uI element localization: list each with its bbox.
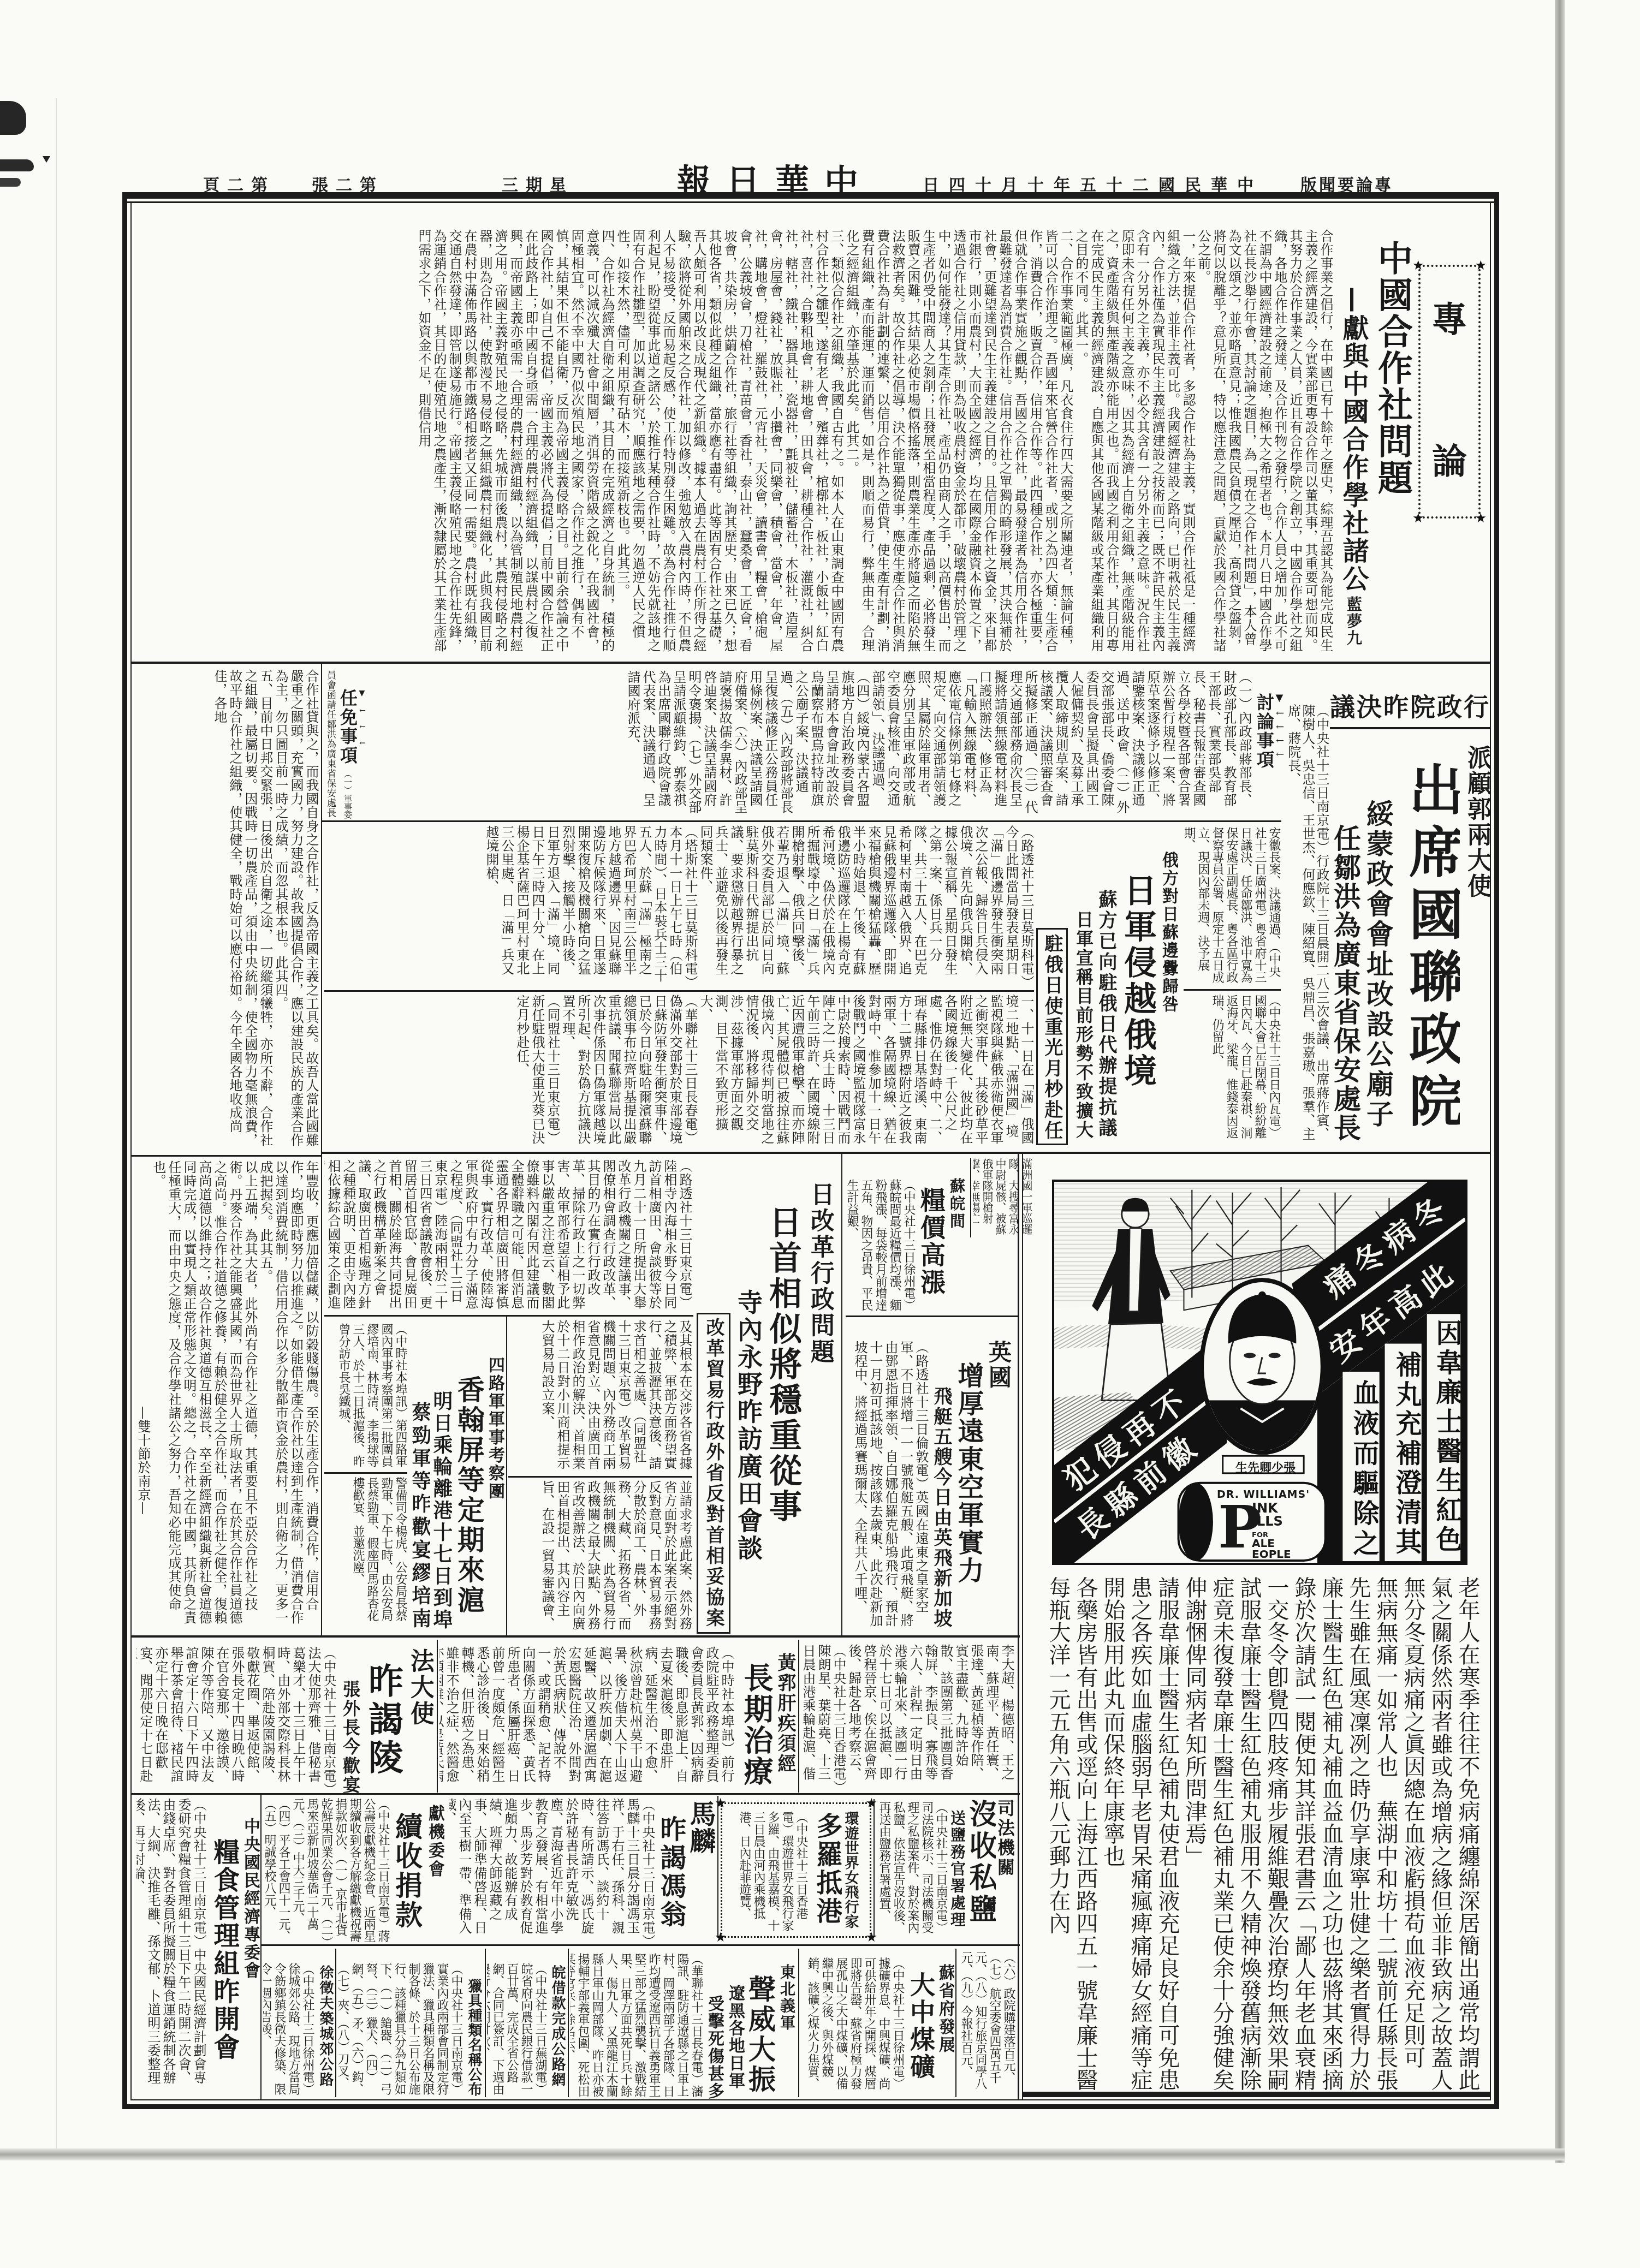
japan-reform-boxed-deck: 改革貿易行政外省反對首相妥協案 bbox=[697, 1313, 730, 1634]
ad-copy-column: 錄於次請試一閱便知其詳張君書云「鄙人年老血衰精神萎頓年來 bbox=[1290, 1576, 1317, 2092]
french-ambassador-kicker: 法大使 bbox=[406, 1648, 433, 1730]
masthead-rule bbox=[122, 192, 1499, 199]
league-assembly-body: （中央社十三日日內瓦電）國聯大會已告閉幕、紛紛離日內瓦、今日已赴秦祺、洞返海牙、… bbox=[1185, 995, 1281, 1147]
russia-border-sidebar-box: 駐俄日使重光月杪赴任 bbox=[1036, 928, 1068, 1145]
ad-callout-column: 血液而驅除之 bbox=[1347, 1379, 1381, 1559]
page-fold-line bbox=[56, 98, 57, 2156]
executive-yuan-headline: 出席國聯政院 bbox=[1403, 761, 1460, 1144]
section-divider bbox=[324, 1315, 693, 1317]
anhui-loan-headline: 皖借款完成公路網 bbox=[548, 1965, 567, 2090]
masthead-page-number: 第二頁 bbox=[204, 171, 275, 193]
masthead-paper-name: 中華日報 bbox=[675, 155, 874, 192]
executive-yuan-deck: 綏蒙政會會址改設公廟子 bbox=[1363, 800, 1393, 1133]
japan-reform-kicker: 日改革行政問題 bbox=[806, 1182, 834, 1367]
masthead-sheet-number: 第二張 bbox=[313, 171, 384, 193]
japan-reform-body: 及其根本在交涉各省各據之積弊、軍部方面務望實行、並披瀝其決意後、請求首相之善處、… bbox=[508, 1320, 692, 1474]
russia-border-headline: 日軍侵越俄境 bbox=[1119, 873, 1156, 1092]
section-divider bbox=[324, 990, 1034, 992]
section-divider bbox=[324, 1472, 407, 1474]
editorial-title: 中國合作社問題 bbox=[1372, 240, 1412, 499]
xuzhou-road-headline: 徐徵夫築城郊公路 bbox=[317, 1965, 334, 2088]
masthead-rule-thin bbox=[122, 201, 1499, 203]
editorial-column-label-box: ★ ★ ★ ★ 專 論 bbox=[1418, 265, 1481, 519]
russia-border-deck: 蘇方已向駐俄日代辦提抗議 bbox=[1095, 890, 1117, 1141]
huang-fu-headline: 長期治療 bbox=[739, 1663, 773, 1788]
britain-airforce-kicker: 英國 bbox=[985, 1340, 1012, 1392]
northeast-army-headline: 聲威大振 bbox=[745, 1975, 775, 2096]
pink-pills-ad-illustration: 冬病冬痛 此高年安 不再侵犯 徽前縣長 因韋廉士醫生紅色 補丸充補澄清其 血液而… bbox=[1052, 1180, 1467, 1565]
russia-border-deck: 日軍宣稱目前形勢不致擴大 bbox=[1073, 910, 1094, 1142]
masthead-date: 中華民國二十五年十月十四日 bbox=[919, 171, 1263, 193]
ad-copy-column: 開始服用此丸而保終年康寧也 bbox=[1099, 1576, 1126, 2092]
discussion-items-label: 討論事項 bbox=[1255, 693, 1274, 771]
ad-bottle-line: ILLS bbox=[1252, 1516, 1283, 1527]
ad-copy-column: 一交冬令卽覺四肢疼痛步履維艱疊次治療均無效果嗣經友人介紹 bbox=[1263, 1576, 1290, 2092]
japan-reform-body: 並請求考慮此案、然外務省方面對於此案表示絕對反對意見、日本貿易事務分散於商工、農… bbox=[508, 1480, 692, 1633]
donation-list: （六）政院購建落百元、（七）航空委會四萬五千元、（八）知行旅京同學八元、（九）今… bbox=[958, 1951, 1015, 2096]
northeast-army-body: （華聯社十三日長春電）瀋陽訊、駐防通遼縣之日軍上村、岡澤兩部子各部隊、日昨均遭受… bbox=[570, 1953, 703, 2097]
column-divider bbox=[841, 1154, 842, 1635]
star-ornament-icon: ★ bbox=[1412, 259, 1424, 272]
editorial-author: 藍夢九 bbox=[1343, 596, 1364, 651]
ad-border-bottom bbox=[1022, 2092, 1490, 2097]
executive-yuan-deck-top: 派顧郭兩大使 bbox=[1463, 745, 1490, 903]
page-frame-left-inner bbox=[130, 203, 132, 2099]
page-frame-left bbox=[122, 192, 127, 2109]
plane-donation-kicker: 獻機委會 bbox=[425, 1805, 444, 1881]
scan-mark-icon bbox=[43, 156, 50, 163]
scan-bottom-edge bbox=[0, 2148, 1565, 2160]
guangdong-security-body: 安徽長案、決議通過、（中央社十三日廣州電）粵省府十三日議決、任命鄒洪、池中寬為保… bbox=[1185, 827, 1281, 986]
french-ambassador-headline: 昨謁陵 bbox=[363, 1663, 403, 1778]
huang-fu-deck: 黃郛肝疾須經 bbox=[774, 1653, 796, 1776]
french-ambassador-deck: 張外長今歡宴 bbox=[340, 1680, 361, 1796]
fourth-army-deck: 明日乘輪離港十七日到埠 bbox=[430, 1391, 452, 1634]
ad-border-left-inner bbox=[1022, 1154, 1023, 2099]
section-divider bbox=[1184, 989, 1281, 991]
column-divider bbox=[506, 1317, 507, 1635]
editorial-body-continued: 年豐收，更應加倍儲藏，以防穀賤傷農。至於生產合作，消費合作，信用合作，均應即時努… bbox=[136, 1160, 319, 1631]
northeast-army-kicker: 東北義軍 bbox=[777, 1964, 796, 2033]
arrow-markers-icon: ▼↓↓↓ bbox=[358, 689, 366, 765]
editorial-label-bottom: 論 bbox=[1428, 443, 1471, 481]
column-divider bbox=[955, 1949, 956, 2097]
column-divider bbox=[568, 1949, 569, 2097]
salt-case-headline: 沒收私鹽 bbox=[965, 1799, 996, 1927]
hunting-gear-headline: 獵具種類名稱公布 bbox=[465, 1979, 483, 2098]
britain-airforce-body: （路透社十三日倫敦電）英國在遠東之皇家空軍、不日將增一一一號飛艇五艘、此項飛艇、… bbox=[846, 1341, 929, 1632]
ma-lin-headline: 昨謁馮翁 bbox=[656, 1815, 686, 1931]
column-divider bbox=[437, 1640, 438, 1793]
column-divider bbox=[798, 1640, 799, 1793]
ad-bottle-line: ALE bbox=[1252, 1538, 1275, 1549]
column-divider bbox=[874, 1799, 875, 1937]
britain-airforce-headline: 增厚遠東空軍實力 bbox=[953, 1362, 984, 1587]
french-ambassador-body: （中央社十三日南京電）法大使那齊雅、偕秘書葛樂才、十三日上午十時、由外部交際科長… bbox=[136, 1646, 336, 1790]
star-ornament-icon: ★ bbox=[715, 1796, 727, 1809]
huang-fu-body: （中時社本埠訊）前行政院駐平政務整理委員會委員長黃郛、因病辭職後、即息影滬上、自… bbox=[439, 1646, 734, 1790]
star-ornament-icon: ★ bbox=[1475, 511, 1487, 525]
russia-border-tail-text: 滿洲國一軍巡邏隊、大搜尋富永中尉屍骸、被蘇俄軍隊開槍射擊、幸無傷亡云、 bbox=[973, 1158, 1033, 1236]
plane-donation-headline: 續收捐款 bbox=[391, 1812, 423, 1932]
star-ornament-icon: ★ bbox=[1412, 511, 1424, 525]
fourth-army-body: （中時社本埠訊）第四路軍國內軍事考察團第二批團員繆培南、林時清、李揚球等三人、於… bbox=[324, 1323, 407, 1471]
headline-underline bbox=[1330, 727, 1490, 729]
ad-border-left bbox=[1018, 1154, 1019, 2099]
ad-copy-column: 症竟未復發韋廉士醫生紅色補丸業已使余十分強健矣用特函謝藉 bbox=[1208, 1576, 1235, 2092]
page-frame-bottom bbox=[122, 2104, 1499, 2109]
aviatrix-body: （中央社十三日香港電）環遊世界女飛行家多羅、由飛基嘉模、十三日晨由河內乘機抵港、… bbox=[732, 1811, 808, 1931]
coal-mine-headline: 大中煤礦 bbox=[907, 1972, 935, 2083]
masthead-section-label: 專論要聞版 bbox=[1299, 171, 1393, 193]
fourth-army-deck: 蔡勁軍等昨歡宴繆培南 bbox=[409, 1402, 430, 1634]
masthead-weekday: 星期三 bbox=[503, 171, 574, 193]
salt-case-kicker: 司法機關 bbox=[996, 1799, 1014, 1881]
appointments-label: 任免事項 bbox=[338, 689, 357, 765]
star-ornament-icon: ★ bbox=[715, 1931, 727, 1944]
fourth-army-headline: 香翰屏等定期來滬 bbox=[454, 1376, 484, 1618]
russia-border-body: 一、十一日在「滿」俄國境二地點、「滿洲國」境監視隊與蘇俄赤衛便衣軍之衝突事件、其… bbox=[324, 995, 1034, 1150]
northeast-army-deck: 遼黑各地日軍 bbox=[725, 1985, 745, 2092]
arrow-markers-icon: ▼↓↓↓↓ bbox=[1274, 692, 1284, 774]
russia-border-kicker: 俄方對日蘇邊釁歸咎 bbox=[1158, 852, 1178, 1015]
russia-border-body: （路透社十三日莫斯科電）今日此間當局發表星期日「滿」俄邊界發生衝突兩次之公報、歸… bbox=[324, 825, 1034, 988]
section-divider bbox=[130, 1793, 1020, 1795]
scan-right-edge bbox=[1555, 0, 1565, 2163]
grain-prices-kicker: 蘇皖間 bbox=[947, 1178, 966, 1233]
column-divider bbox=[335, 1949, 336, 2097]
grain-management-headline: 糧食管理組昨開會 bbox=[210, 1838, 239, 2063]
ma-lin-body: （中央社十三日南京電）馬麟十三日晨分謁馮玉祥、于右任、孫科、親往答訪馮氏、談約十… bbox=[449, 1798, 655, 1942]
fourth-army-body: 李大超、楊德昭、王之南、蘇理平、黃任寰、張達、黃延楨等作陪、賓主盡歡、九時許始散… bbox=[800, 1644, 1014, 1789]
ad-copy-column: 先生雖在風寒凜冽之時仍享康寧壯健之樂者實得力於韋 bbox=[1345, 1576, 1372, 2092]
aviatrix-headline: 多羅抵港 bbox=[812, 1812, 842, 1927]
coal-mine-body: （中央社十三日徐州電）據礦界息、中興煤礦、尚可供給卅年之開採、煤層即將告罄、蘇省… bbox=[806, 1957, 905, 2097]
ad-copy-column: 廉士醫生紅色補丸補血益血清血之功也茲將其來函摘 bbox=[1317, 1576, 1345, 2092]
ad-copy-column: 各藥房皆有出售或逕向上海江西路四五一號韋廉士醫生藥局函購 bbox=[1072, 1576, 1099, 2092]
japan-reform-body: （路透社十三日東京電）陸相寺內海相永野今日同訪首相廣田、會談彼等於九月二十一日所… bbox=[324, 1159, 692, 1313]
editorial-label-top: 專 bbox=[1428, 301, 1471, 339]
ad-copy-column: 請服韋廉士醫生紅色補丸使君血液充足良好自可免患血虧人所常 bbox=[1154, 1576, 1181, 2092]
ad-bottle-line: INK bbox=[1252, 1503, 1278, 1514]
executive-yuan-kicker: 行政院昨決議 bbox=[1330, 691, 1490, 723]
salt-case-deck: 送鹽務官署處理 bbox=[949, 1810, 965, 1930]
appointments-body: 員會函請任鄒洪為廣東省保安處長 bbox=[323, 670, 337, 819]
scan-edge-blot bbox=[0, 159, 34, 171]
column-divider bbox=[260, 1795, 262, 2099]
page-frame-right bbox=[1494, 192, 1499, 2109]
executive-yuan-deck: 任鄒洪為廣東省保安處長 bbox=[1330, 824, 1360, 1149]
star-ornament-icon: ★ bbox=[1475, 259, 1487, 272]
plane-donation-body: （中央社十三日南京電）蔣公壽辰獻機紀念會、近兩星期續收到各方解繳獻機祝壽捐款如次… bbox=[263, 1798, 390, 1942]
ad-copy-column: 老年人在寒季往往不免病痛纏綿深居簡出通常均謂此係年齡與天 bbox=[1454, 1576, 1481, 2092]
aviatrix-kicker: 環遊世界女飛行家 bbox=[842, 1811, 859, 1931]
japan-reform-headline: 日首相似將穩重從事 bbox=[763, 1205, 803, 1527]
fourth-army-body: 警備司令楊虎、公安局長蔡勁軍、下午七時、由公安局長蔡勁軍、假座四馬路杏花樓歡宴、… bbox=[324, 1477, 407, 1632]
page-frame-right-inner bbox=[1490, 203, 1491, 2099]
editorial-body: 合作事業之倡行，在中國已有十餘年之歷史，綜理吾認其為能完成民生主義之經濟建設，今… bbox=[136, 229, 1333, 656]
column-divider bbox=[321, 664, 322, 1636]
coal-mine-kicker: 蘇省府發展 bbox=[936, 1964, 954, 2056]
pink-pills-ad-copy: 老年人在寒季往往不免病痛纏綿深居簡出通常均謂此係年齡與天 氣之關係然兩者雖或為增… bbox=[1040, 1576, 1481, 2092]
section-divider bbox=[508, 1476, 692, 1478]
section-divider bbox=[322, 1152, 1491, 1154]
ad-copy-column: 伸謝悃俾同病者知所問津焉」 bbox=[1181, 1576, 1208, 2092]
executive-yuan-body: （中央社十三日南京電）行政院十三日晨開二八三次會議、出席蔣作賓、陳樹人、吳忠信、… bbox=[1286, 704, 1329, 1145]
ad-copy-column: 無分冬夏病痛之眞因總在血液虧損苟血液充足則可 bbox=[1399, 1576, 1427, 2092]
ma-lin-kicker: 馬麟 bbox=[686, 1800, 715, 1856]
section-divider bbox=[322, 820, 1281, 822]
ad-callout-column: 因韋廉士醫生紅色 bbox=[1431, 1319, 1463, 1559]
column-divider bbox=[970, 1158, 971, 1237]
ad-copy-column: 無病無痛一如常人也 蕪湖中和坊十二號前任縣長張少卿 bbox=[1372, 1576, 1399, 2092]
anhui-loan-body: （中央社十三日蕪湖電）皖省府向農民銀行借款一百廿萬、完成全省公路網、合同已簽訂、… bbox=[487, 1963, 547, 2096]
column-divider bbox=[485, 1949, 486, 2097]
column-divider bbox=[798, 1949, 799, 2097]
grain-management-body: （中央社十三日南京電）中央國民經濟計劃會專委研究會糧食管理組十三日下午二時開二次… bbox=[136, 1798, 206, 2097]
ad-bottle-line: EOPLE bbox=[1252, 1549, 1291, 1559]
ad-copy-column: 患之各疾如血虛腦弱早老胃呆痛瘋痺痛婦女經痛等症請從今日起 bbox=[1126, 1576, 1154, 2092]
scan-edge-blot bbox=[0, 101, 26, 135]
grain-prices-body: （中央社十三日徐州電）蘇皖間最近糧價均漲、麵粉飛漲、每袋較月前增達五角、物因之昂… bbox=[846, 1179, 916, 1311]
xuzhou-road-body: （中央社十三日徐州電）徐城郊公路、現地方當局令飭鄉鎮長徵夫修築、限令一週內告竣、 bbox=[263, 1963, 314, 2096]
section-divider bbox=[130, 1155, 321, 1157]
fourth-army-kicker: 四路軍軍事考察團 bbox=[485, 1356, 504, 1501]
page-frame-bottom-inner bbox=[130, 2099, 1491, 2100]
britain-airforce-deck: 飛艇五艘今日由英飛新加坡 bbox=[930, 1386, 952, 1632]
ad-copy-column: 氣之關係然兩者雖或為增病之緣但並非致病之故蓋人身無論老少 bbox=[1427, 1576, 1454, 2092]
grain-management-kicker: 中央國民經濟專委會 bbox=[240, 1818, 260, 1981]
appointments-lead: （一）軍事委 bbox=[338, 770, 357, 819]
ad-copy-column: 試服韋廉士醫生紅色補丸服用不久精神煥發舊病漸除去冬痛之 bbox=[1235, 1576, 1263, 2092]
section-divider bbox=[262, 1944, 1020, 1946]
scan-edge-blot bbox=[0, 178, 21, 187]
editorial-subtitle: —獻與中國合作學社諸公 bbox=[1338, 287, 1369, 595]
section-divider bbox=[130, 1635, 1020, 1638]
japan-reform-deck: 寺內永野昨訪廣田會談 bbox=[734, 1289, 763, 1565]
salt-case-body: （中央社十三日南京電）司法院核示、司法機關受理之私鹽案件、對於案內私鹽、依法宣告… bbox=[876, 1801, 948, 1939]
ad-copy-column: 每瓶大洋一元五角六瓶八元郵力在內 bbox=[1044, 1576, 1072, 2092]
northeast-army-deck: 受擊死傷甚多 bbox=[704, 1995, 724, 2099]
hunting-gear-body: （中央社十三日南京電）實業內政兩部會同制定狩獵法、獵具種類名稱及限制各條、於十三… bbox=[337, 1963, 463, 2096]
grain-prices-headline: 糧價高漲 bbox=[917, 1187, 946, 1299]
ad-portrait-caption: 張少卿先生 bbox=[1225, 1459, 1306, 1477]
column-divider bbox=[717, 1796, 718, 1938]
section-divider bbox=[130, 662, 1491, 664]
section-divider bbox=[846, 1315, 1018, 1317]
editorial-body-continued: 合作社貸與之，而我國自身之合作社，反為帝國主義之工具矣。故吾人當此國難嚴重之關頭… bbox=[136, 669, 319, 1150]
ad-callout-column: 補丸充補澄清其 bbox=[1389, 1351, 1423, 1561]
discussion-items-body: （一）內政部蔣部長、財政部孔部長、教育部王部長、實業部吳部長、秘書長報告審查國立… bbox=[363, 670, 1252, 819]
